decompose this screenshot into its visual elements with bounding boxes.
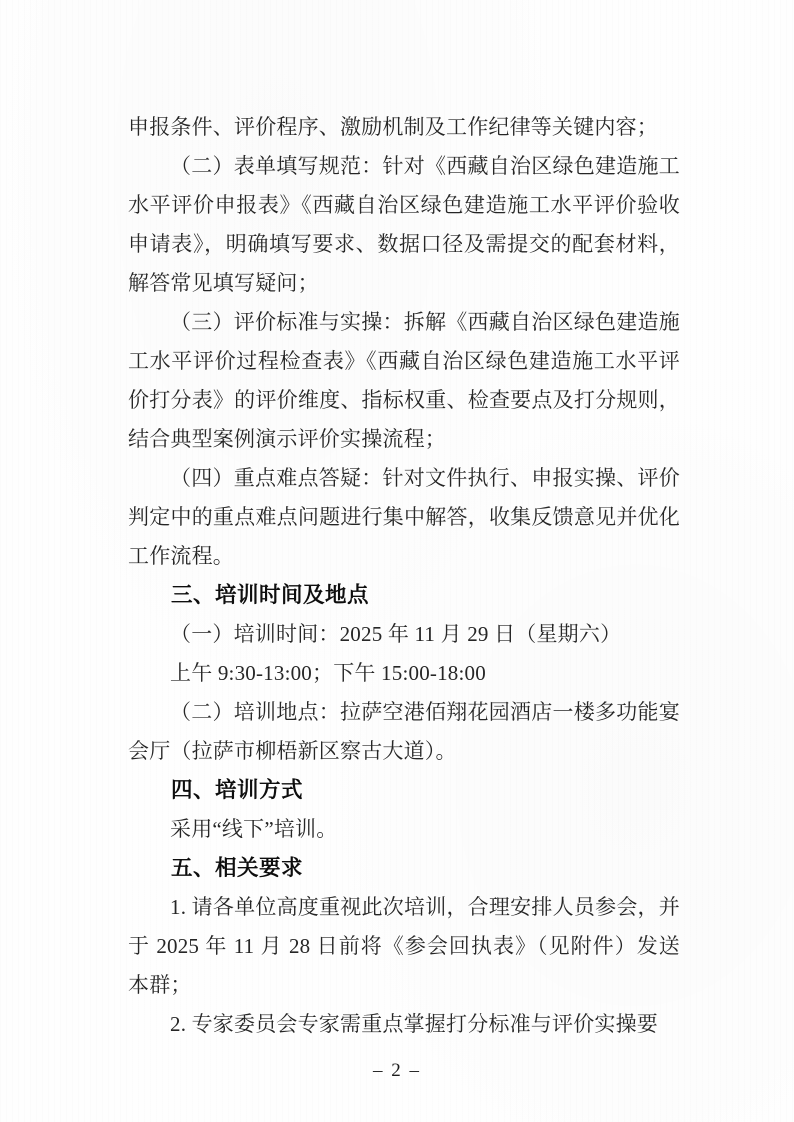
paragraph-item-4-qa: （四）重点难点答疑：针对文件执行、申报实操、评价判定中的重点难点问题进行集中解答… xyxy=(128,459,680,576)
paragraph-continuation: 申报条件、评价程序、激励机制及工作纪律等关键内容； xyxy=(128,108,680,147)
paragraph-training-location: （二）培训地点：拉萨空港佰翔花园酒店一楼多功能宴会厅（拉萨市柳梧新区察古大道）。 xyxy=(128,693,680,771)
paragraph-requirement-2: 2. 专家委员会专家需重点掌握打分标准与评价实操要 xyxy=(128,1005,680,1044)
paragraph-requirement-1: 1. 请各单位高度重视此次培训，合理安排人员参会，并于 2025 年 11 月 … xyxy=(128,888,680,1005)
paragraph-item-2-form-filling: （二）表单填写规范：针对《西藏自治区绿色建造施工水平评价申报表》《西藏自治区绿色… xyxy=(128,147,680,303)
document-page: 申报条件、评价程序、激励机制及工作纪律等关键内容； （二）表单填写规范：针对《西… xyxy=(0,0,794,1122)
paragraph-item-3-evaluation-standards: （三）评价标准与实操：拆解《西藏自治区绿色建造施工水平评价过程检查表》《西藏自治… xyxy=(128,303,680,459)
section-heading-training-time-location: 三、培训时间及地点 xyxy=(128,576,680,615)
page-number: – 2 – xyxy=(0,1060,794,1082)
paragraph-training-time: （一）培训时间：2025 年 11 月 29 日（星期六） xyxy=(128,615,680,654)
section-heading-related-requirements: 五、相关要求 xyxy=(128,849,680,888)
paragraph-training-method: 采用“线下”培训。 xyxy=(128,810,680,849)
paragraph-training-hours: 上午 9:30-13:00；下午 15:00-18:00 xyxy=(128,654,680,693)
section-heading-training-method: 四、培训方式 xyxy=(128,771,680,810)
